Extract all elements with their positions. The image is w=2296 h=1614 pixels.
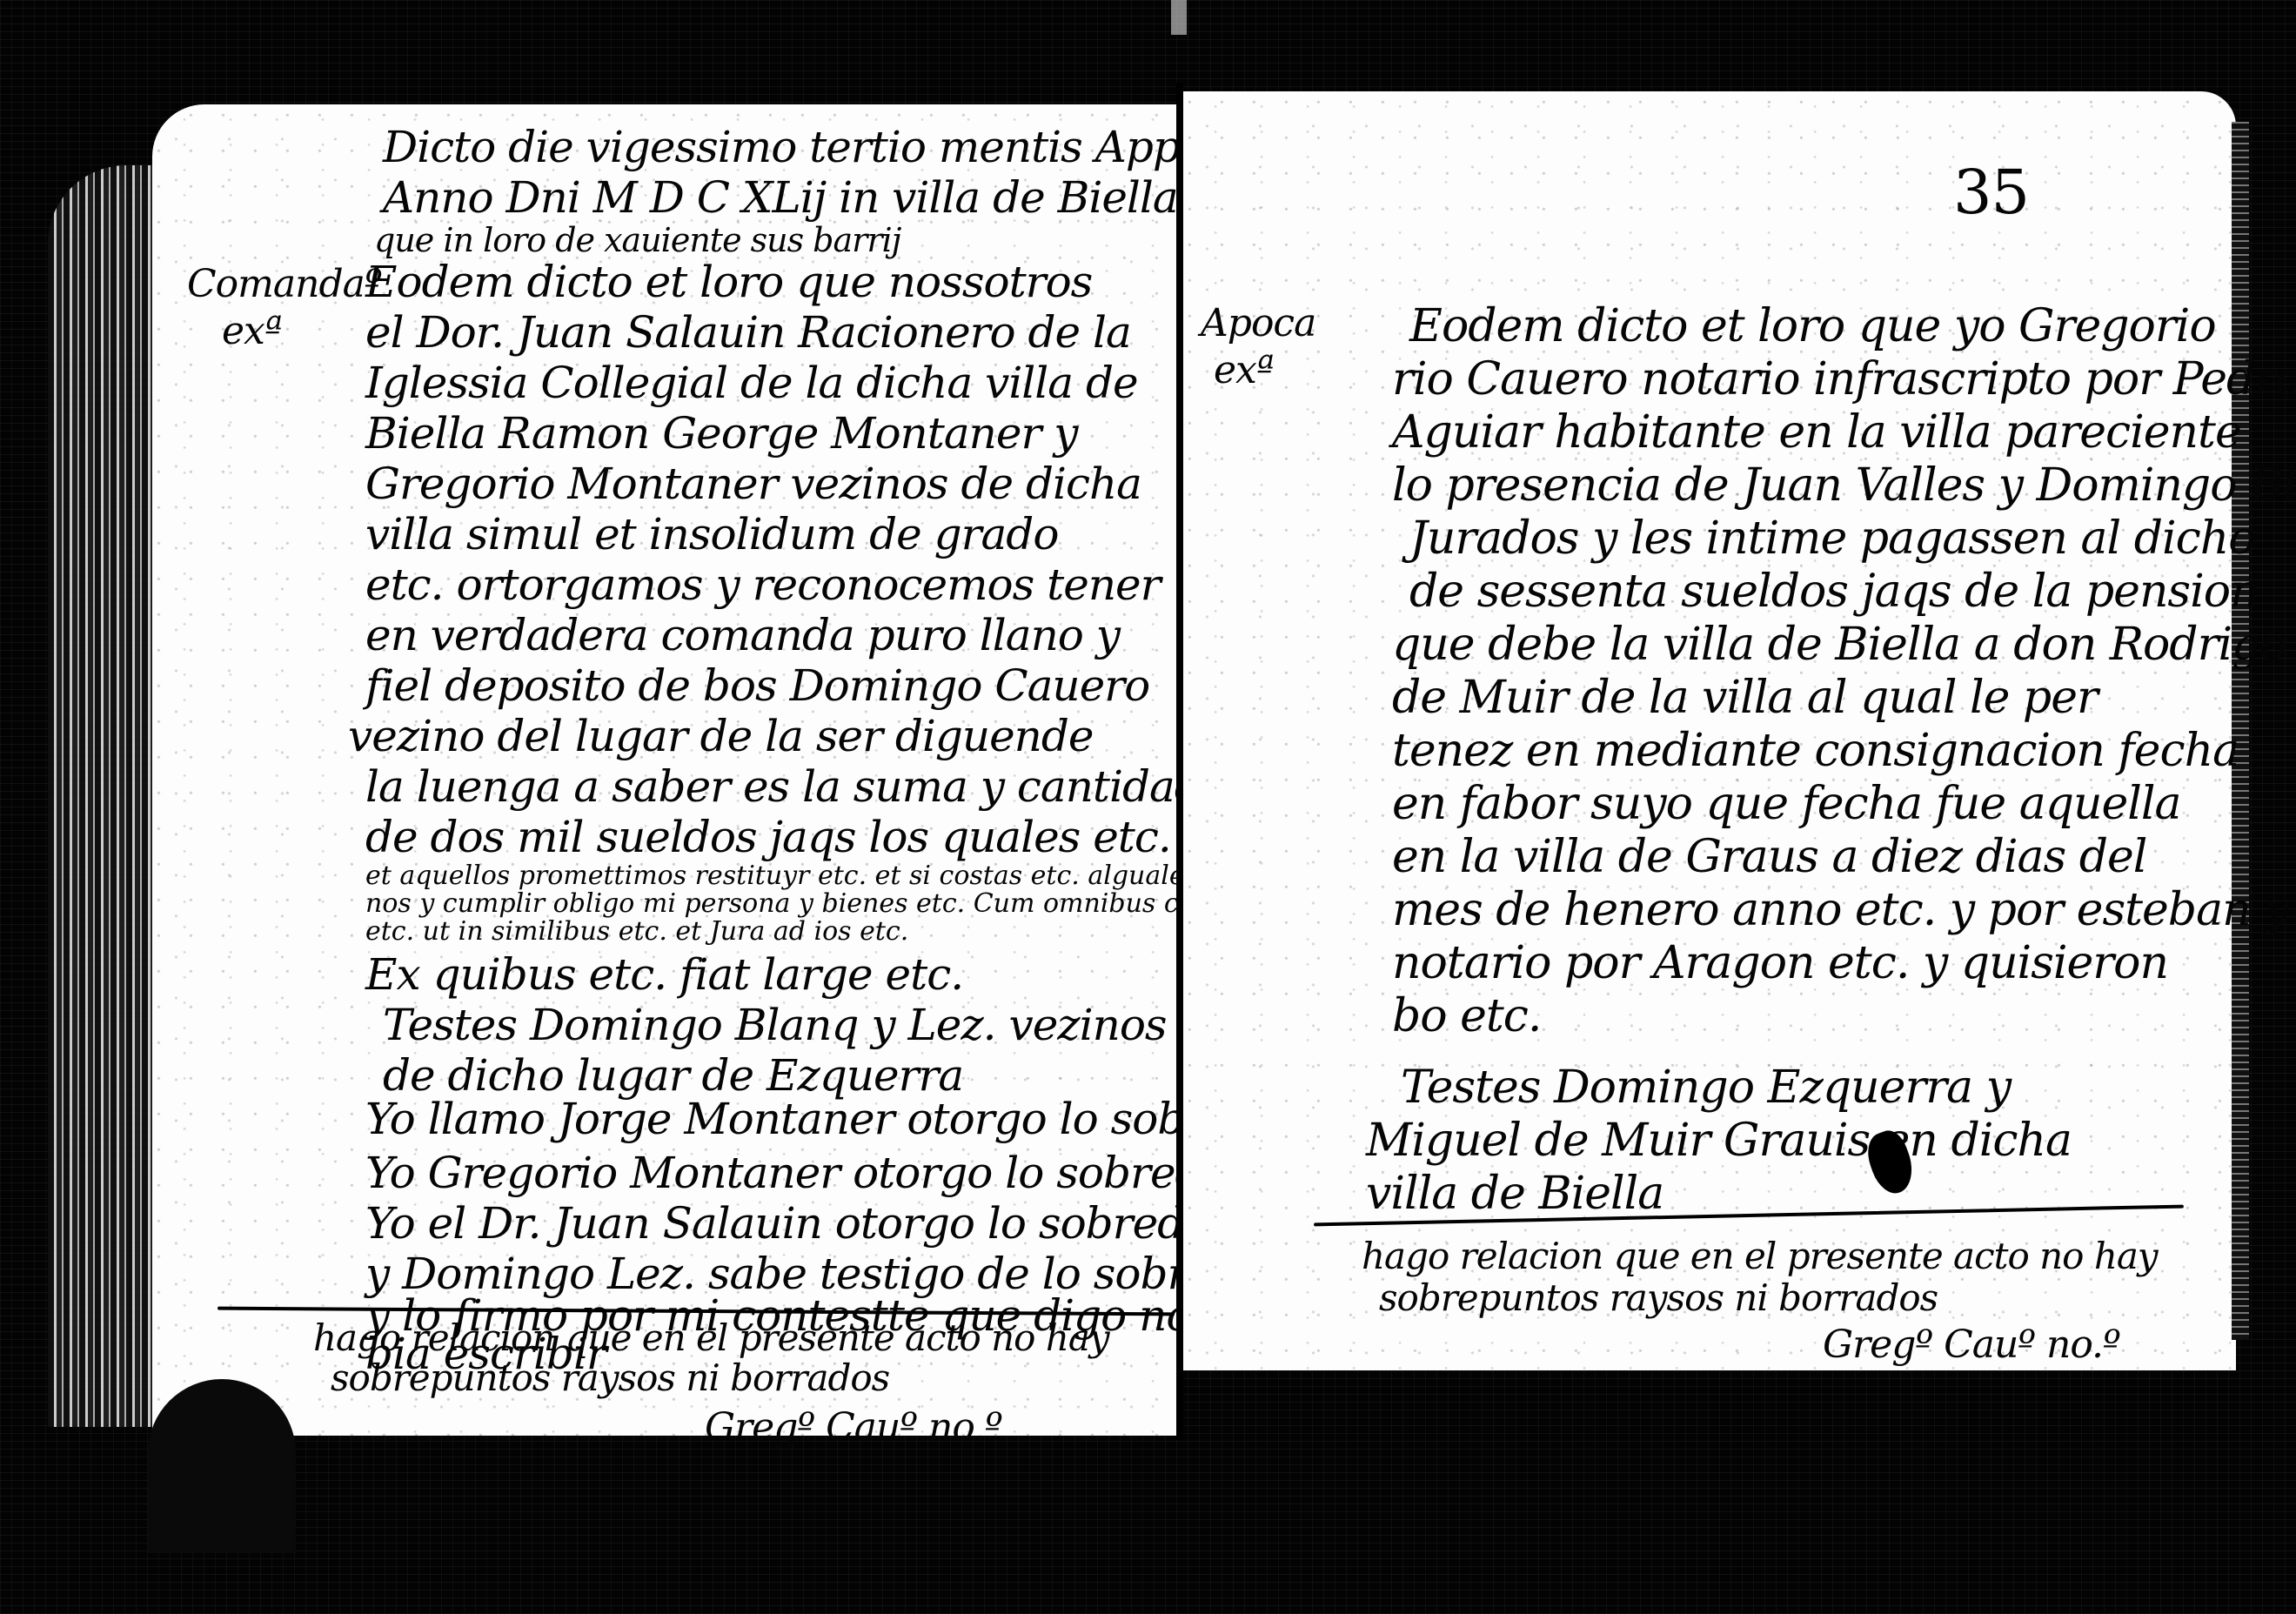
witness-line: Testes Domingo Ezquerra y (1366, 1061, 2072, 1115)
margin-note-line: Comandaº (187, 261, 382, 308)
thumb-holding-page (148, 1379, 296, 1553)
body-line: de sessenta sueldos jaqs de la pension (1392, 566, 2296, 619)
footer-line: sobrepuntos raysos ni borrados (313, 1358, 1109, 1398)
left-header-block: Dicto die vigessimo tertio mentis Appill… (374, 122, 1232, 258)
folio-number: 35 (1953, 157, 2029, 228)
left-notary-signature: Gregº Cauº no.º (705, 1405, 1002, 1450)
book-gutter (1176, 83, 1183, 1440)
body-line: en fabor suyo que fecha fue aquella (1392, 778, 2296, 831)
body-line: lo presencia de Juan Valles y Domingo Bl… (1392, 459, 2296, 512)
body-line: mes de henero anno etc. y por esteban y … (1392, 884, 2296, 937)
footer-line: sobrepuntos raysos ni borrados (1362, 1277, 2158, 1319)
right-margin-note: Apoca exª (1201, 300, 1315, 394)
body-line: Aguiar habitante en la villa pareciente (1392, 406, 2296, 459)
margin-note-line: exª (187, 308, 382, 355)
body-line: en la villa de Graus a diez dias del (1392, 831, 2296, 884)
left-margin-note: Comandaº exª (187, 261, 382, 355)
body-line: que debe la villa de Biella a don Rodrig… (1392, 619, 2296, 672)
body-line: de Muir de la villa al qual le per (1392, 672, 2296, 725)
footer-line: hago relacion que en el presente acto no… (313, 1318, 1109, 1358)
left-footer-block: hago relacion que en el presente acto no… (313, 1318, 1109, 1398)
witness-line: Miguel de Muir Grauis en dicha (1366, 1115, 2072, 1168)
page-curl-edge (48, 165, 161, 1427)
footer-line: hago relacion que en el presente acto no… (1362, 1236, 2158, 1277)
witness-line: villa de Biella (1366, 1168, 2072, 1221)
body-line: Eodem dicto et loro que yo Gregorio (1392, 300, 2296, 353)
body-line: tenez en mediante consignacion fecha (1392, 725, 2296, 778)
body-line: bo etc. (1392, 990, 2296, 1043)
margin-note-line: Apoca (1201, 300, 1315, 347)
header-line: Anno Dni M D C XLij in villa de Biella (374, 172, 1232, 223)
header-line: que in loro de xauiente sus barrij (374, 223, 1232, 258)
right-witness-block: Testes Domingo Ezquerra y Miguel de Muir… (1366, 1061, 2072, 1221)
binding-thread (1171, 0, 1187, 35)
margin-note-line: exª (1201, 347, 1315, 394)
right-body-block: Eodem dicto et loro que yo Gregorio rio … (1392, 300, 2296, 1043)
right-notary-signature: Gregº Cauº no.º (1823, 1323, 2120, 1367)
header-line: Dicto die vigessimo tertio mentis Appill… (374, 122, 1232, 172)
body-line: rio Cauero notario infrascripto por Pedr… (1392, 353, 2296, 406)
body-line: notario por Aragon etc. y quisieron (1392, 937, 2296, 990)
body-line: Jurados y les intime pagassen al dicho (1392, 512, 2296, 566)
right-footer-block: hago relacion que en el presente acto no… (1362, 1236, 2158, 1319)
